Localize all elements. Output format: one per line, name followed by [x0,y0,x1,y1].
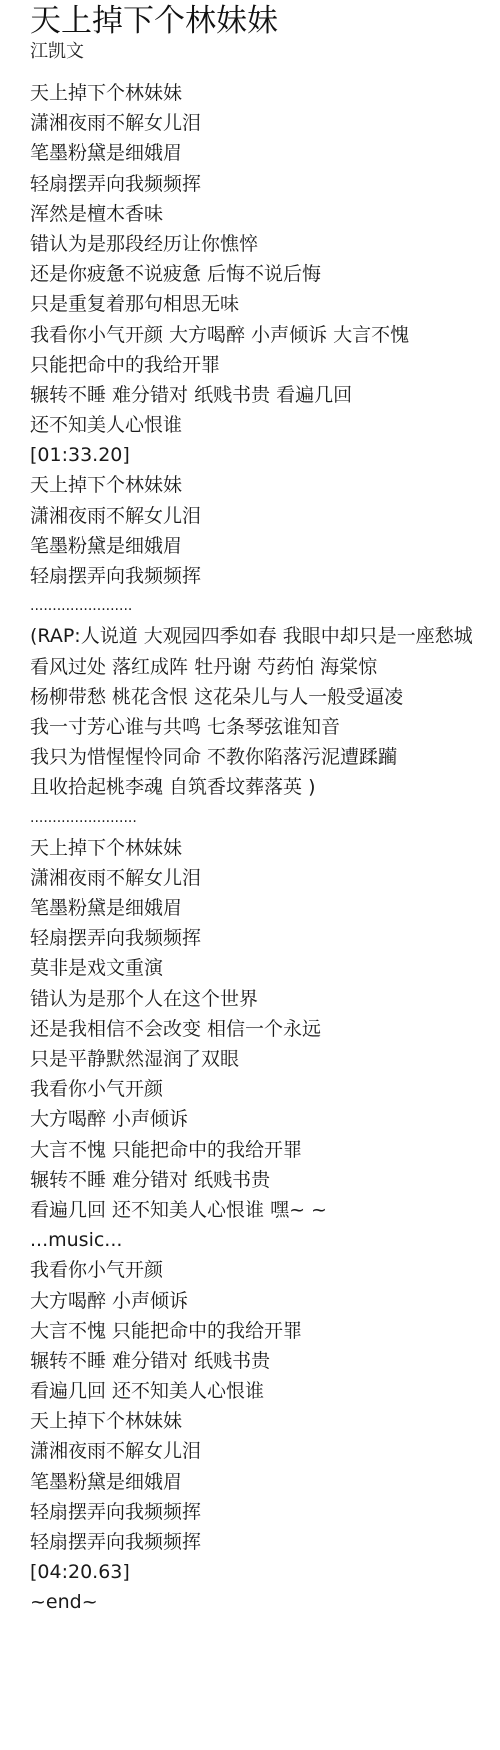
timestamp: [01:33.20] [30,440,473,470]
lyric-line: (RAP:人说道 大观园四季如春 我眼中却只是一座愁城 [30,621,473,651]
lyric-line: 还不知美人心恨谁 [30,410,473,440]
lyric-line: 还是你疲惫不说疲惫 后悔不说后悔 [30,259,473,289]
lyric-line: 笔墨粉黛是细娥眉 [30,138,473,168]
lyric-line: 辗转不睡 难分错对 纸贱书贵 看遍几回 [30,380,473,410]
lyric-line: 杨柳带愁 桃花含恨 这花朵儿与人一般受逼凌 [30,682,473,712]
lyric-line: 天上掉下个林妹妹 [30,1406,473,1436]
lyric-line: 轻扇摆弄向我频频挥 [30,169,473,199]
section-divider: ........................ [30,803,473,833]
lyric-line: 大言不愧 只能把命中的我给开罪 [30,1316,473,1346]
lyric-line: 辗转不睡 难分错对 纸贱书贵 [30,1346,473,1376]
lyric-line: 轻扇摆弄向我频频挥 [30,1497,473,1527]
lyric-line: 轻扇摆弄向我频频挥 [30,923,473,953]
lyric-line: 我只为惜惺惺怜同命 不教你陷落污泥遭蹂躏 [30,742,473,772]
lyric-line: 大言不愧 只能把命中的我给开罪 [30,1135,473,1165]
lyric-line: 潇湘夜雨不解女儿泪 [30,108,473,138]
lyric-line: 天上掉下个林妹妹 [30,833,473,863]
lyric-line: 天上掉下个林妹妹 [30,470,473,500]
lyric-line: 错认为是那段经历让你憔悴 [30,229,473,259]
section-divider: ....................... [30,591,473,621]
lyrics-list: 天上掉下个林妹妹 潇湘夜雨不解女儿泪 笔墨粉黛是细娥眉 轻扇摆弄向我频频挥 浑然… [30,78,473,1618]
lyric-line: 还是我相信不会改变 相信一个永远 [30,1014,473,1044]
end-marker: ~end~ [30,1587,473,1617]
lyric-line: 笔墨粉黛是细娥眉 [30,1467,473,1497]
lyric-line: 只能把命中的我给开罪 [30,350,473,380]
lyric-line: 看遍几回 还不知美人心恨谁 嘿~ ~ [30,1195,473,1225]
lyric-line: 潇湘夜雨不解女儿泪 [30,863,473,893]
timestamp: [04:20.63] [30,1557,473,1587]
lyric-line: 莫非是戏文重演 [30,953,473,983]
lyric-line: 错认为是那个人在这个世界 [30,984,473,1014]
lyric-line: 且收拾起桃李魂 自筑香坟葬落英 ) [30,772,473,802]
lyric-line: 潇湘夜雨不解女儿泪 [30,501,473,531]
lyric-line: 我一寸芳心谁与共鸣 七条琴弦谁知音 [30,712,473,742]
lyric-line: 看风过处 落红成阵 牡丹谢 芍药怕 海棠惊 [30,652,473,682]
lyric-line: 轻扇摆弄向我频频挥 [30,561,473,591]
lyric-line: 潇湘夜雨不解女儿泪 [30,1436,473,1466]
lyric-line: 只是重复着那句相思无味 [30,289,473,319]
lyric-line: 笔墨粉黛是细娥眉 [30,893,473,923]
lyric-line: 看遍几回 还不知美人心恨谁 [30,1376,473,1406]
lyric-line: 大方喝醉 小声倾诉 [30,1286,473,1316]
lyric-line: 大方喝醉 小声倾诉 [30,1104,473,1134]
lyric-line: 浑然是檀木香味 [30,199,473,229]
lyric-line: 天上掉下个林妹妹 [30,78,473,108]
song-title: 天上掉下个林妹妹 [30,2,278,40]
lyric-line: 辗转不睡 难分错对 纸贱书贵 [30,1165,473,1195]
lyric-line: 我看你小气开颜 [30,1074,473,1104]
lyric-line: 我看你小气开颜 大方喝醉 小声倾诉 大言不愧 [30,320,473,350]
lyric-line: 我看你小气开颜 [30,1255,473,1285]
lyric-line: 轻扇摆弄向我频频挥 [30,1527,473,1557]
music-interlude: ...music... [30,1225,473,1255]
artist-name: 江凯文 [30,40,84,64]
lyric-line: 笔墨粉黛是细娥眉 [30,531,473,561]
lyric-line: 只是平静默然湿润了双眼 [30,1044,473,1074]
